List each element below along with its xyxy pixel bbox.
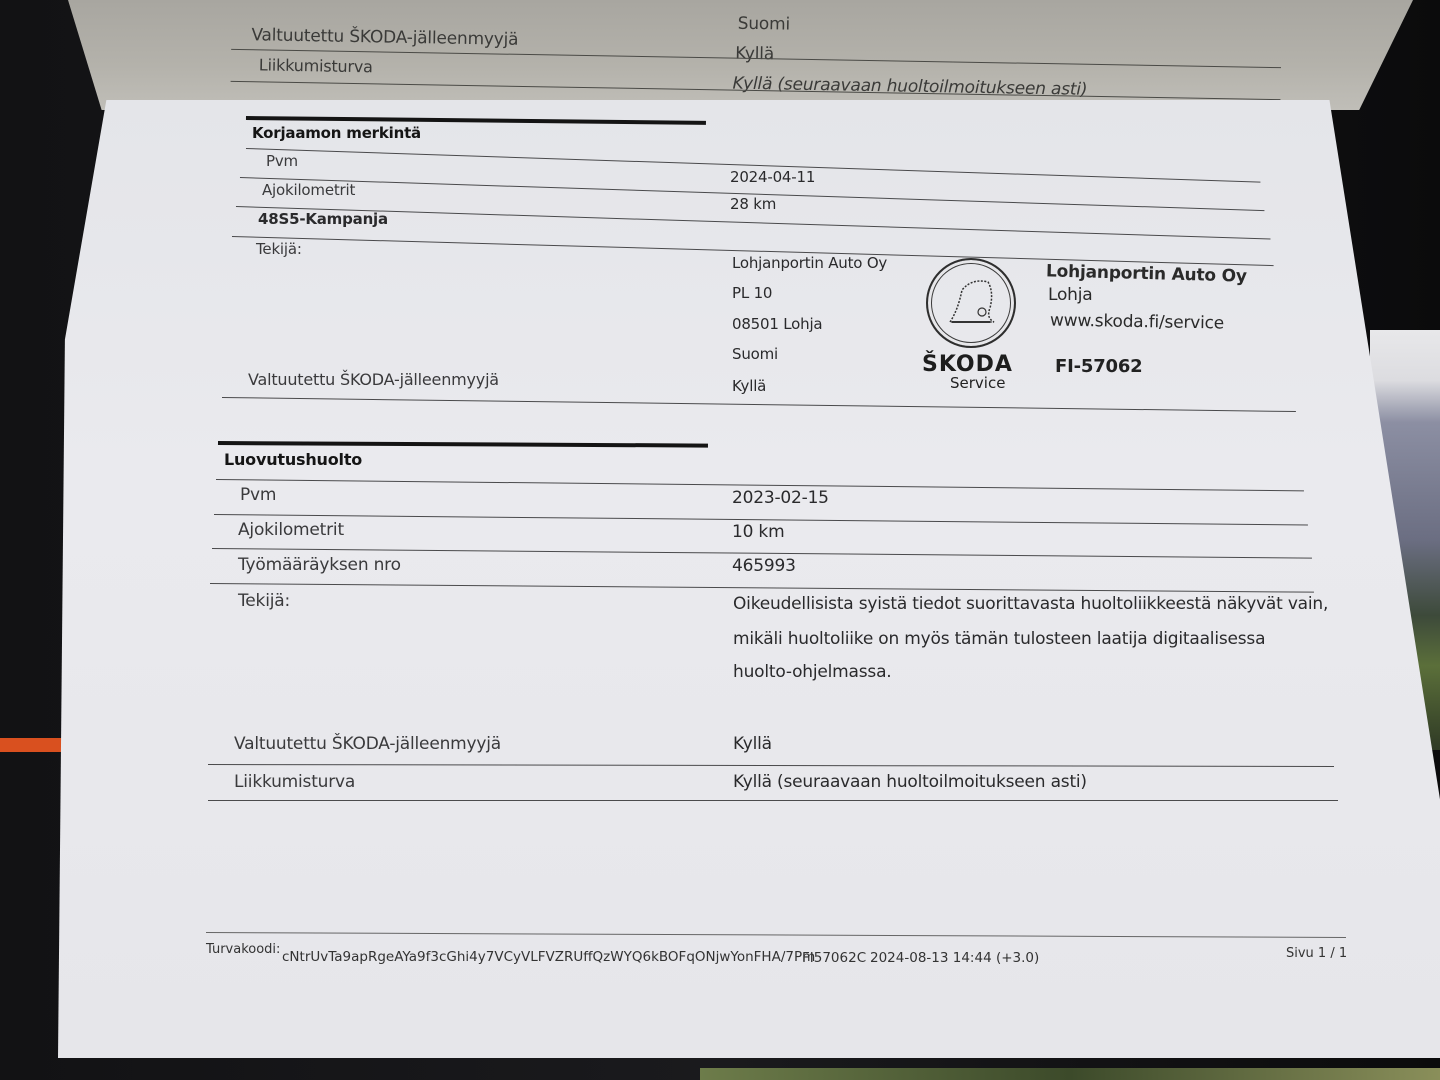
photo-scene: Suomi Valtuutettu ŠKODA-jälleenmyyjä Kyl… (0, 0, 1440, 1080)
repair-performer-label: Tekijä: (256, 240, 302, 258)
repair-date-label: Pvm (266, 152, 298, 170)
repair-mileage-value: 28 km (730, 195, 776, 213)
security-code-label: Turvakoodi: (206, 942, 280, 957)
row-divider (208, 800, 1338, 801)
delivery-mileage-label: Ajokilometrit (238, 520, 344, 540)
repair-dealer-value: Kyllä (732, 377, 766, 395)
dealer-id: FI57062C (802, 950, 866, 966)
delivery-performer-note: huolto-ohjelmassa. (733, 662, 892, 682)
repair-address-line: Suomi (732, 345, 778, 363)
repair-address-line: Lohjanportin Auto Oy (732, 254, 887, 272)
repair-mileage-label: Ajokilometrit (262, 181, 355, 199)
repair-address-line: 08501 Lohja (732, 315, 822, 333)
flap-dealer-value: Kyllä (735, 44, 774, 65)
print-timestamp: 2024-08-13 14:44 (+3.0) (870, 950, 1039, 966)
repair-date-value: 2024-04-11 (730, 168, 815, 186)
folded-flap: Suomi Valtuutettu ŠKODA-jälleenmyyjä Kyl… (68, 0, 1413, 110)
delivery-section-title: Luovutushuolto (224, 450, 362, 469)
security-code: cNtrUvTa9apRgeAYa9f3cGhi4y7VCyVLFVZRUffQ… (282, 949, 815, 965)
delivery-date-value: 2023-02-15 (732, 488, 829, 508)
skoda-winged-arrow-icon (926, 258, 1016, 348)
repair-section-title: Korjaamon merkintä (252, 124, 421, 142)
delivery-date-label: Pvm (240, 485, 276, 505)
delivery-workorder-label: Työmääräyksen nro (238, 555, 401, 575)
delivery-mobility-label: Liikkumisturva (234, 772, 355, 792)
delivery-mileage-value: 10 km (732, 522, 784, 542)
page-number: Sivu 1 / 1 (1286, 946, 1347, 961)
stamp-dealer-code: FI-57062 (1055, 356, 1143, 377)
delivery-workorder-value: 465993 (732, 556, 796, 576)
orange-stripe (0, 738, 62, 752)
flap-mobility-label: Liikkumisturva (259, 55, 373, 76)
stamp-brand-sub: Service (950, 374, 1005, 392)
background-strip (700, 1068, 1440, 1080)
repair-dealer-label: Valtuutettu ŠKODA-jälleenmyyjä (248, 370, 499, 389)
delivery-dealer-value: Kyllä (733, 734, 772, 754)
stamp-website: www.skoda.fi/service (1050, 310, 1224, 333)
delivery-dealer-label: Valtuutettu ŠKODA-jälleenmyyjä (234, 734, 501, 754)
flap-dealer-label: Valtuutettu ŠKODA-jälleenmyyjä (251, 25, 518, 50)
delivery-performer-label: Tekijä: (238, 591, 290, 611)
flap-country-value: Suomi (738, 14, 791, 35)
stamp-city: Lohja (1048, 285, 1093, 305)
delivery-mobility-value: Kyllä (seuraavaan huoltoilmoitukseen ast… (733, 772, 1087, 792)
delivery-performer-note: Oikeudellisista syistä tiedot suorittava… (733, 594, 1328, 614)
delivery-performer-note: mikäli huoltoliike on myös tämän tuloste… (733, 629, 1265, 649)
repair-campaign-label: 48S5-Kampanja (258, 210, 388, 228)
repair-address-line: PL 10 (732, 284, 772, 302)
